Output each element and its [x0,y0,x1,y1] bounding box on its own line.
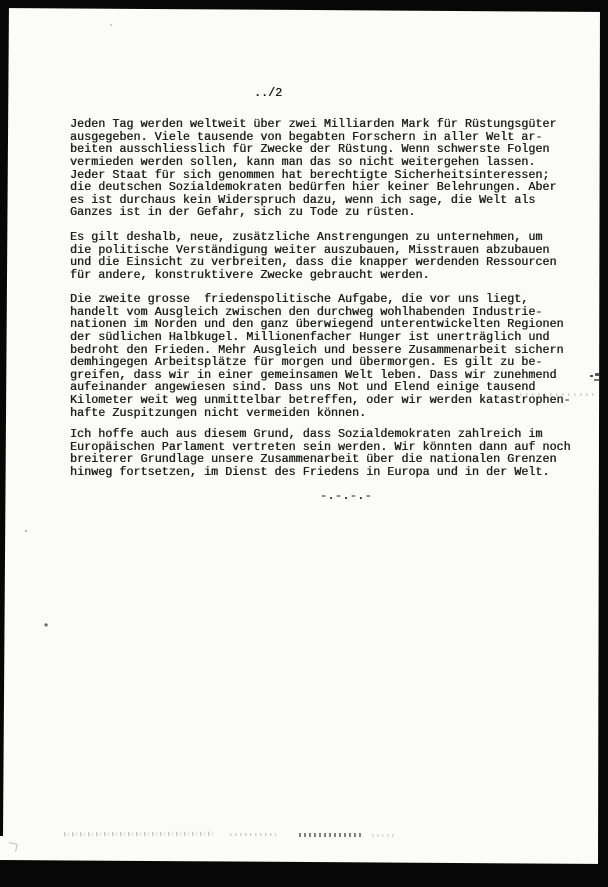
paragraph-european-parliament: Ich hoffe auch aus diesem Grund, dass So… [70,428,571,479]
scan-border-top [0,0,608,12]
end-of-text-divider: -.-.-.- [320,490,372,503]
scan-noise-strip [64,832,214,837]
scan-speck [110,24,112,26]
scan-border-right [598,0,608,866]
scan-speck [25,530,27,532]
scan-speck [7,842,17,852]
scan-border-left [0,0,10,836]
scan-noise-strip [372,834,394,837]
scan-speck [44,623,48,627]
scan-noise-strip [230,833,276,836]
paragraph-political-understanding: Es gilt deshalb, neue, zusätzliche Anstr… [70,231,557,282]
paragraph-north-south-balance: Die zweite grosse friedenspolitische Auf… [70,293,571,419]
scan-noise-strip [299,833,361,837]
scan-border-bottom [0,857,608,887]
paragraph-armament-spending: Jeden Tag werden weltweit über zwei Mill… [70,118,557,219]
scanned-document-page: ../2 Jeden Tag werden weltweit über zwei… [0,0,608,887]
page-number: ../2 [254,87,282,100]
